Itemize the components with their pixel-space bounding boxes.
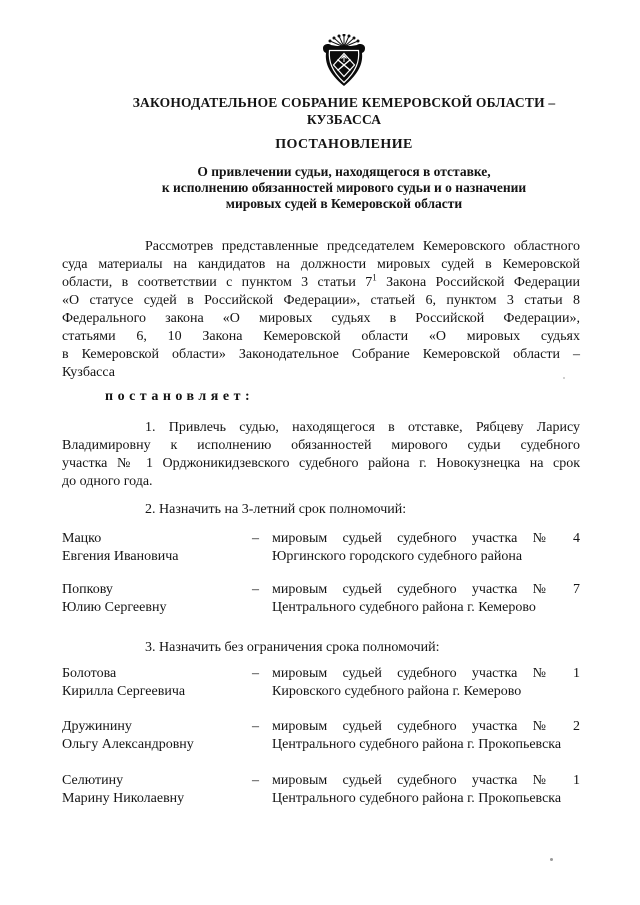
item-1-paragraph: 1. Привлечь судью, находящегося в отстав…	[62, 419, 580, 491]
appointment-district: Центрального судебного района г. Прокопь…	[272, 736, 580, 754]
appointee-given-names: Кирилла Сергеевича	[62, 683, 252, 701]
preamble-line: Федерального закона «О мировых судьях в …	[62, 310, 580, 328]
item-1-line: участка № 1 Орджоникидзевского судебного…	[62, 455, 580, 473]
appointment-row: Дружинину Ольгу Александровну – мировым …	[62, 718, 580, 754]
appointment-district: Центрального судебного района г. Кемеров…	[272, 599, 580, 617]
appointment-row: Мацко Евгения Ивановича – мировым судьей…	[62, 530, 580, 566]
resolve-word: постановляет:	[105, 388, 580, 406]
appointee-given-names: Евгения Ивановича	[62, 548, 252, 566]
preamble-text: области, в соответствии с пунктом 3 стат…	[62, 275, 372, 290]
appointee-name: Селютину Марину Николаевну	[62, 772, 252, 808]
item-1-line: Владимировну к исполнению обязанностей м…	[62, 437, 580, 455]
document-page: ЗАКОНОДАТЕЛЬНОЕ СОБРАНИЕ КЕМЕРОВСКОЙ ОБЛ…	[0, 0, 640, 905]
preamble-line: статьями 6, 10 Закона Кемеровской област…	[62, 328, 580, 346]
org-name: ЗАКОНОДАТЕЛЬНОЕ СОБРАНИЕ КЕМЕРОВСКОЙ ОБЛ…	[108, 94, 580, 128]
preamble-paragraph: Рассмотрев представленные председателем …	[62, 238, 580, 382]
dash-separator: –	[252, 718, 272, 754]
preamble-line: в Кемеровской области» Законодательное С…	[62, 346, 580, 364]
preamble-line-with-footnote: области, в соответствии с пунктом 3 стат…	[62, 274, 580, 292]
appointment-row: Селютину Марину Николаевну – мировым суд…	[62, 772, 580, 808]
appointments-3yr-list: Мацко Евгения Ивановича – мировым судьей…	[62, 530, 580, 617]
kemerovo-coat-of-arms-icon	[320, 34, 368, 88]
preamble-line: Рассмотрев представленные председателем …	[62, 238, 580, 256]
appointment-position: мировым судьей судебного участка № 1	[272, 665, 580, 683]
document-header: ЗАКОНОДАТЕЛЬНОЕ СОБРАНИЕ КЕМЕРОВСКОЙ ОБЛ…	[108, 34, 580, 212]
appointee-name: Мацко Евгения Ивановича	[62, 530, 252, 566]
doc-title-line: мировых судей в Кемеровской области	[108, 196, 580, 212]
appointee-surname: Попкову	[62, 581, 252, 599]
appointment-description: мировым судьей судебного участка № 1 Кир…	[272, 665, 580, 701]
appointee-surname: Мацко	[62, 530, 252, 548]
doc-title-line: к исполнению обязанностей мирового судьи…	[108, 180, 580, 196]
scan-artifact-dot	[563, 377, 565, 379]
appointee-surname: Селютину	[62, 772, 252, 790]
doc-type: ПОСТАНОВЛЕНИЕ	[108, 137, 580, 152]
preamble-line: «О статусе судей в Российской Федерации»…	[62, 292, 580, 310]
appointee-name: Болотова Кирилла Сергеевича	[62, 665, 252, 701]
appointment-district: Юргинского городского судебного района	[272, 548, 580, 566]
appointment-position: мировым судьей судебного участка № 7	[272, 581, 580, 599]
item-1-line: 1. Привлечь судью, находящегося в отстав…	[62, 419, 580, 437]
appointment-description: мировым судьей судебного участка № 2 Цен…	[272, 718, 580, 754]
dash-separator: –	[252, 772, 272, 808]
preamble-text: Закона Российской Федерации	[377, 275, 580, 290]
appointee-name: Попкову Юлию Сергеевну	[62, 581, 252, 617]
doc-title-line: О привлечении судьи, находящегося в отст…	[108, 164, 580, 180]
appointee-name: Дружинину Ольгу Александровну	[62, 718, 252, 754]
appointee-given-names: Ольгу Александровну	[62, 736, 252, 754]
section-2-heading: 2. Назначить на 3-летний срок полномочий…	[62, 501, 580, 519]
appointments-unlimited-list: Болотова Кирилла Сергеевича – мировым су…	[62, 665, 580, 808]
appointment-description: мировым судьей судебного участка № 7 Цен…	[272, 581, 580, 617]
appointment-position: мировым судьей судебного участка № 4	[272, 530, 580, 548]
appointee-surname: Болотова	[62, 665, 252, 683]
item-1-line: до одного года.	[62, 473, 580, 491]
appointment-description: мировым судьей судебного участка № 4 Юрг…	[272, 530, 580, 566]
doc-title: О привлечении судьи, находящегося в отст…	[108, 164, 580, 212]
appointment-row: Попкову Юлию Сергеевну – мировым судьей …	[62, 581, 580, 617]
appointee-given-names: Юлию Сергеевну	[62, 599, 252, 617]
dash-separator: –	[252, 665, 272, 701]
section-3-heading: 3. Назначить без ограничения срока полно…	[62, 639, 580, 657]
dash-separator: –	[252, 530, 272, 566]
appointee-surname: Дружинину	[62, 718, 252, 736]
dash-separator: –	[252, 581, 272, 617]
appointment-row: Болотова Кирилла Сергеевича – мировым су…	[62, 665, 580, 701]
appointment-position: мировым судьей судебного участка № 1	[272, 772, 580, 790]
preamble-line: суда материалы на кандидатов на должност…	[62, 256, 580, 274]
appointment-description: мировым судьей судебного участка № 1 Цен…	[272, 772, 580, 808]
scan-artifact-dot	[550, 858, 553, 861]
appointment-district: Кировского судебного района г. Кемерово	[272, 683, 580, 701]
appointment-position: мировым судьей судебного участка № 2	[272, 718, 580, 736]
preamble-line: Кузбасса	[62, 364, 580, 382]
appointment-district: Центрального судебного района г. Прокопь…	[272, 790, 580, 808]
appointee-given-names: Марину Николаевну	[62, 790, 252, 808]
